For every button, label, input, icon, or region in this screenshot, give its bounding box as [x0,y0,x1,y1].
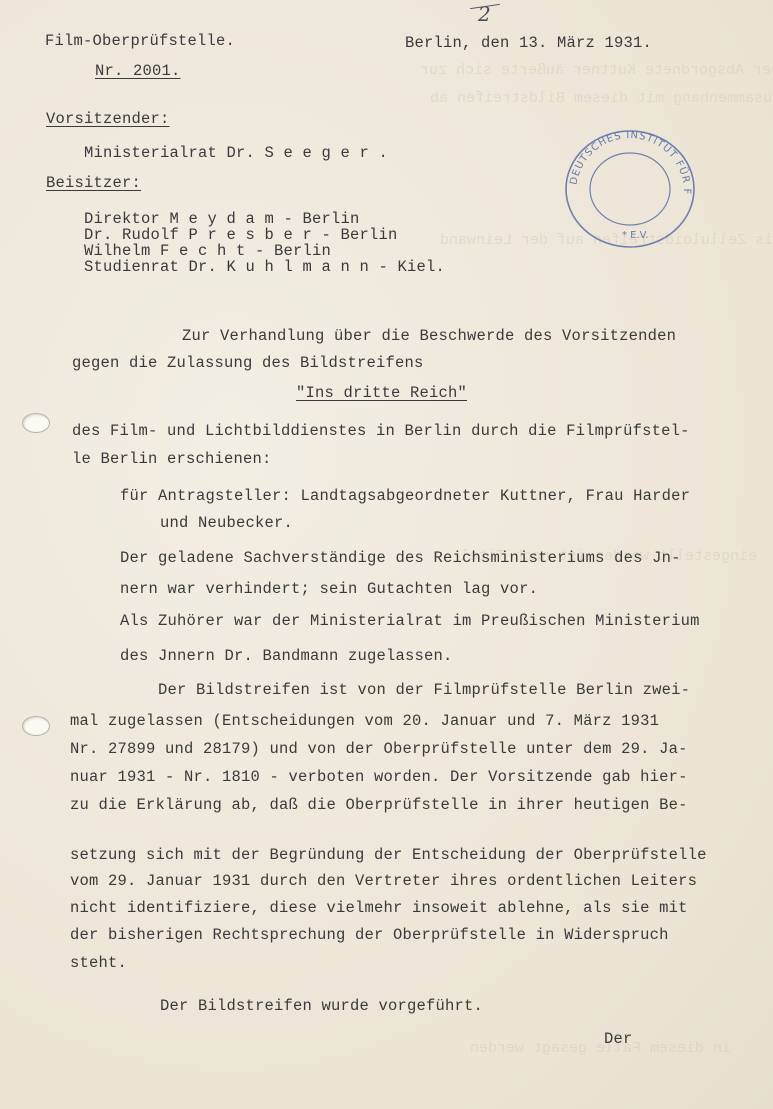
paragraph-line: mal zugelassen (Entscheidungen vom 20. J… [70,712,659,730]
punch-hole [22,413,50,433]
listener-line: Als Zuhörer war der Ministerialrat im Pr… [120,612,700,630]
bleed-through-text: Zusammenhang mit diesem Bildstreifen ab [430,90,773,107]
punch-hole [22,716,50,736]
paragraph-line: steht. [70,954,127,972]
assessors-label: Beisitzer: [46,174,141,192]
expert-line: nern war verhindert; sein Gutachten lag … [120,580,538,598]
intro-line: Zur Verhandlung über die Beschwerde des … [182,327,676,345]
place-date: Berlin, den 13. März 1931. [405,34,652,52]
applicants-line: und Neubecker. [160,514,293,532]
listener-line: des Jnnern Dr. Bandmann zugelassen. [120,647,453,665]
intro-line: gegen die Zulassung des Bildstreifens [72,354,424,372]
applicants-line: für Antragsteller: Landtagsabgeordneter … [120,487,690,505]
paragraph-line: Nr. 27899 und 28179) und von der Oberprü… [70,740,688,758]
svg-text:DEUTSCHES INSTITUT FÜR FILMKUN: DEUTSCHES INSTITUT FÜR FILMKUNDE [562,128,692,195]
bleed-through-text: Der Absgordnete Kuttner äußerte sich zur [420,62,773,79]
bleed-through-text: in diesem Falle gesagt werden [470,1040,731,1057]
authority-name: Film-Oberprüfstelle. [45,32,235,50]
film-title: "Ins dritte Reich" [296,384,467,402]
paragraph-line: des Film- und Lichtbilddienstes in Berli… [72,422,690,440]
catchword: Der [604,1030,633,1048]
paragraph-line: zu die Erklärung ab, daß die Oberprüfste… [70,796,688,814]
paragraph-line: Der Bildstreifen ist von der Filmprüfste… [158,681,690,699]
assessor: Studienrat Dr. K u h l m a n n - Kiel. [84,258,445,276]
paragraph-line: le Berlin erschienen: [72,450,272,468]
paragraph-line: setzung sich mit der Begründung der Ents… [70,846,707,864]
institute-stamp: DEUTSCHES INSTITUT FÜR FILMKUNDE * E.V. [562,128,698,250]
paragraph-line: der bisherigen Rechtsprechung der Oberpr… [70,926,669,944]
paragraph-line: nicht identifiziere, diese vielmehr inso… [70,899,688,917]
document-number: Nr. 2001. [95,62,181,80]
paragraph-line: vom 29. Januar 1931 durch den Vertreter … [70,872,697,890]
svg-text:* E.V.: * E.V. [622,230,648,241]
paragraph-line: nuar 1931 - Nr. 1810 - verboten worden. … [70,768,688,786]
chair-label: Vorsitzender: [46,110,170,128]
expert-line: Der geladene Sachverständige des Reichsm… [120,549,681,567]
chair-name: Ministerialrat Dr. S e e g e r . [84,144,388,162]
screening-line: Der Bildstreifen wurde vorgeführt. [160,997,483,1015]
